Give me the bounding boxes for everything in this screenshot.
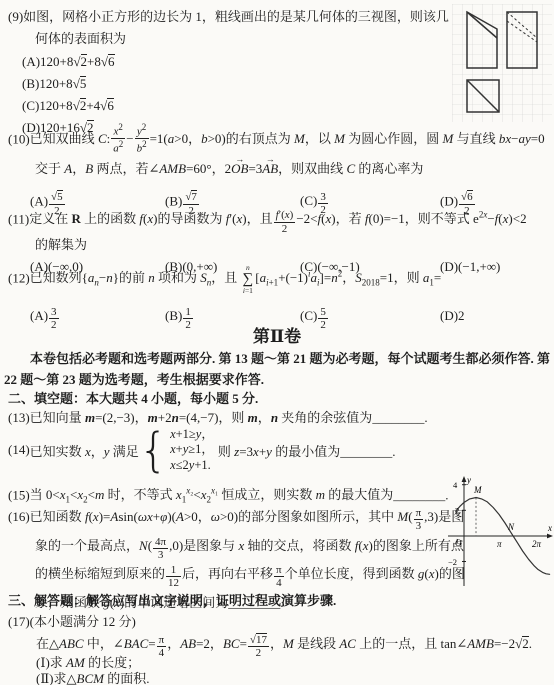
question-17-part1: (Ⅰ)求 AM 的长度； — [36, 654, 546, 671]
y-axis-arrow — [462, 476, 467, 482]
question-12: (12)已知数列{an−n}的前 n 项和为 Sn，且 n∑i=1[ai+1+(… — [8, 260, 546, 331]
question-13-number: (13) — [8, 410, 30, 425]
x-tick-pi: π — [497, 539, 502, 549]
origin-label: O — [455, 538, 462, 548]
question-15-number: (15) — [8, 487, 30, 502]
question-14-number: (14) — [8, 442, 30, 458]
option-b: (B)120+85 — [22, 73, 458, 94]
intercept-label: N — [507, 522, 515, 532]
system-row-2: x+y≥1， — [170, 442, 214, 458]
y-tick-4: 4 — [453, 480, 458, 490]
exam-paper-page: (9)如图，网格小正方形的边长为 1，粗线画出的是某几何体的三视图，则该几何体的… — [0, 0, 554, 685]
question-17-head: (17)(本小题满分 12 分) — [8, 612, 546, 631]
part2-title: 第Ⅱ卷 — [8, 322, 546, 347]
question-16-number: (16) — [8, 509, 30, 524]
max-point-label: M — [473, 485, 482, 495]
system-row-3: x≤2y+1. — [170, 458, 214, 474]
part3-header: 三、解答题：解答应写出文字说明，证明过程或演算步骤. — [8, 592, 546, 610]
question-11-text: (11)定义在 R 上的函数 f(x)的导函数为 f′(x)，且f′(x)2−2… — [8, 203, 546, 235]
system-row-1: x+1≥y， — [170, 427, 214, 443]
question-9: (9)如图，网格小正方形的边长为 1，粗线画出的是某几何体的三视图，则该几何体的… — [8, 6, 458, 138]
question-9-number: (9) — [8, 9, 23, 24]
part2-intro: 本卷包括必考题和选考题两部分. 第 13 题～第 21 题为必考题，每个试题考生… — [4, 348, 550, 390]
question-10-text: (10)已知双曲线 C:x2a2−y2b2=1(a>0，b>0)的右顶点为 M，… — [8, 122, 546, 182]
question-9-text: (9)如图，网格小正方形的边长为 1，粗线画出的是某几何体的三视图，则该几何体的… — [8, 6, 458, 50]
function-graph: y x O 4 2 −2 π 2π M N — [444, 472, 554, 590]
y-axis-label: y — [466, 475, 471, 485]
question-12-text: (12)已知数列{an−n}的前 n 项和为 Sn，且 n∑i=1[ai+1+(… — [8, 260, 546, 297]
answer-blank: ________ — [372, 410, 424, 425]
y-tick-neg2: −2 — [448, 557, 457, 567]
question-10-number: (10) — [8, 131, 30, 146]
answer-blank: ________ — [340, 444, 392, 459]
question-17-part2: (Ⅱ)求△BCM 的面积. — [36, 670, 546, 685]
question-17-score: (本小题满分 12 分) — [30, 614, 136, 629]
x-tick-2pi: 2π — [532, 539, 542, 549]
three-view-diagram — [452, 4, 552, 124]
answer-blank: ________ — [393, 487, 445, 502]
inequality-system: { x+1≥y， x+y≥1， x≤2y+1. — [139, 427, 214, 474]
question-11-number: (11) — [8, 211, 29, 226]
x-axis-label: x — [547, 523, 552, 533]
question-12-number: (12) — [8, 270, 30, 285]
option-a: (A)120+82+86 — [22, 51, 458, 72]
question-14: (14)已知实数 x，y 满足 { x+1≥y， x+y≥1， x≤2y+1. … — [8, 424, 546, 476]
x-axis-arrow — [547, 534, 553, 539]
option-c: (C)120+82+46 — [22, 95, 458, 116]
fill-in-header: 二、填空题：本大题共 4 小题，每小题 5 分. — [8, 390, 546, 408]
question-17-number: (17) — [8, 614, 30, 629]
brace: { — [139, 429, 168, 471]
question-11-text2: 的解集为 — [35, 235, 546, 254]
y-tick-2: 2 — [455, 506, 459, 516]
